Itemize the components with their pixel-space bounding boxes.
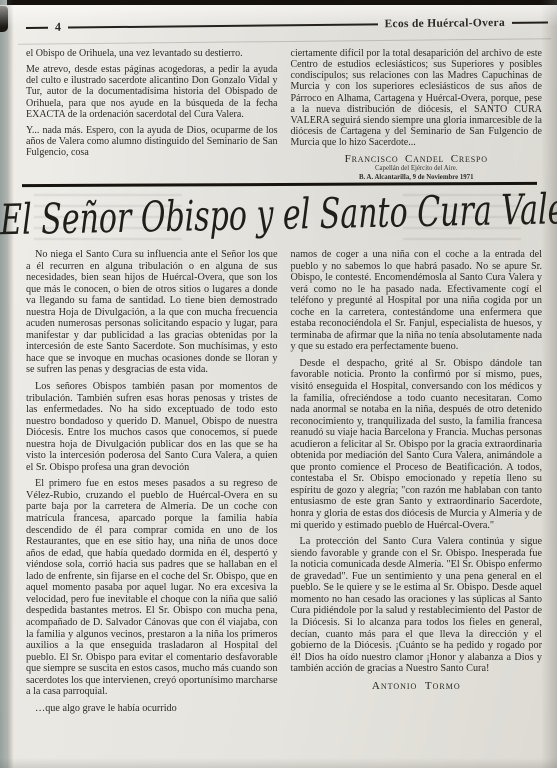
page-crease-shadow xyxy=(7,0,14,768)
paragraph: Desde el despacho, grité al Sr. Obispo d… xyxy=(291,358,543,531)
scanned-newspaper-page: 4 Ecos de Huércal-Overa el Obispo de Ori… xyxy=(0,0,557,768)
paragraph: ciertamente difícil por la total desapar… xyxy=(291,48,543,148)
paragraph: No niega el Santo Cura su influencia ant… xyxy=(26,249,278,376)
header-dash-right xyxy=(512,21,548,24)
paragraph: namos de coger a una niña con el coche a… xyxy=(291,249,543,353)
paragraph: el Obispo de Orihuela, una vez levantado… xyxy=(26,48,278,59)
masthead-title: Ecos de Huércal-Overa xyxy=(384,17,505,30)
paragraph-partial: …que algo grave le había ocurrido xyxy=(26,703,278,715)
header-dash-left xyxy=(26,27,48,30)
feature-right-column: namos de coger a una niña con el coche a… xyxy=(291,249,543,719)
page-bottom-shade xyxy=(0,758,557,768)
feature-article: No niega el Santo Cura su influencia ant… xyxy=(26,249,542,719)
header-rule-ghost-line xyxy=(18,38,551,45)
continuation-left-column: el Obispo de Orihuela, una vez levantado… xyxy=(26,48,278,182)
paragraph: Me atrevo, desde estas páginas acogedora… xyxy=(26,64,278,120)
author-role: Capellán del Ejército del Aire. xyxy=(291,165,543,173)
scan-edge-left xyxy=(0,0,7,768)
continuation-article: el Obispo de Orihuela, una vez levantado… xyxy=(26,48,542,182)
paragraph: Y... nada más. Espero, con la ayuda de D… xyxy=(26,125,278,158)
feature-left-column: No niega el Santo Cura su influencia ant… xyxy=(26,249,278,719)
feature-author-byline: Antonio Tormo xyxy=(291,680,543,692)
paragraph: Los señores Obispos también pasan por mo… xyxy=(26,381,278,473)
page-edge-shadow-right xyxy=(541,0,557,768)
author-name: Francisco Candel Crespo xyxy=(291,153,543,165)
paragraph: El primero fue en estos meses pasados a … xyxy=(26,478,278,697)
author-byline: Francisco Candel Crespo Capellán del Ejé… xyxy=(291,153,543,182)
page-number: 4 xyxy=(55,21,61,33)
header-rule xyxy=(68,23,378,28)
paragraph: La protección del Santo Cura Valera cont… xyxy=(291,536,543,675)
continuation-right-column: ciertamente difícil por la total desapar… xyxy=(291,48,543,182)
